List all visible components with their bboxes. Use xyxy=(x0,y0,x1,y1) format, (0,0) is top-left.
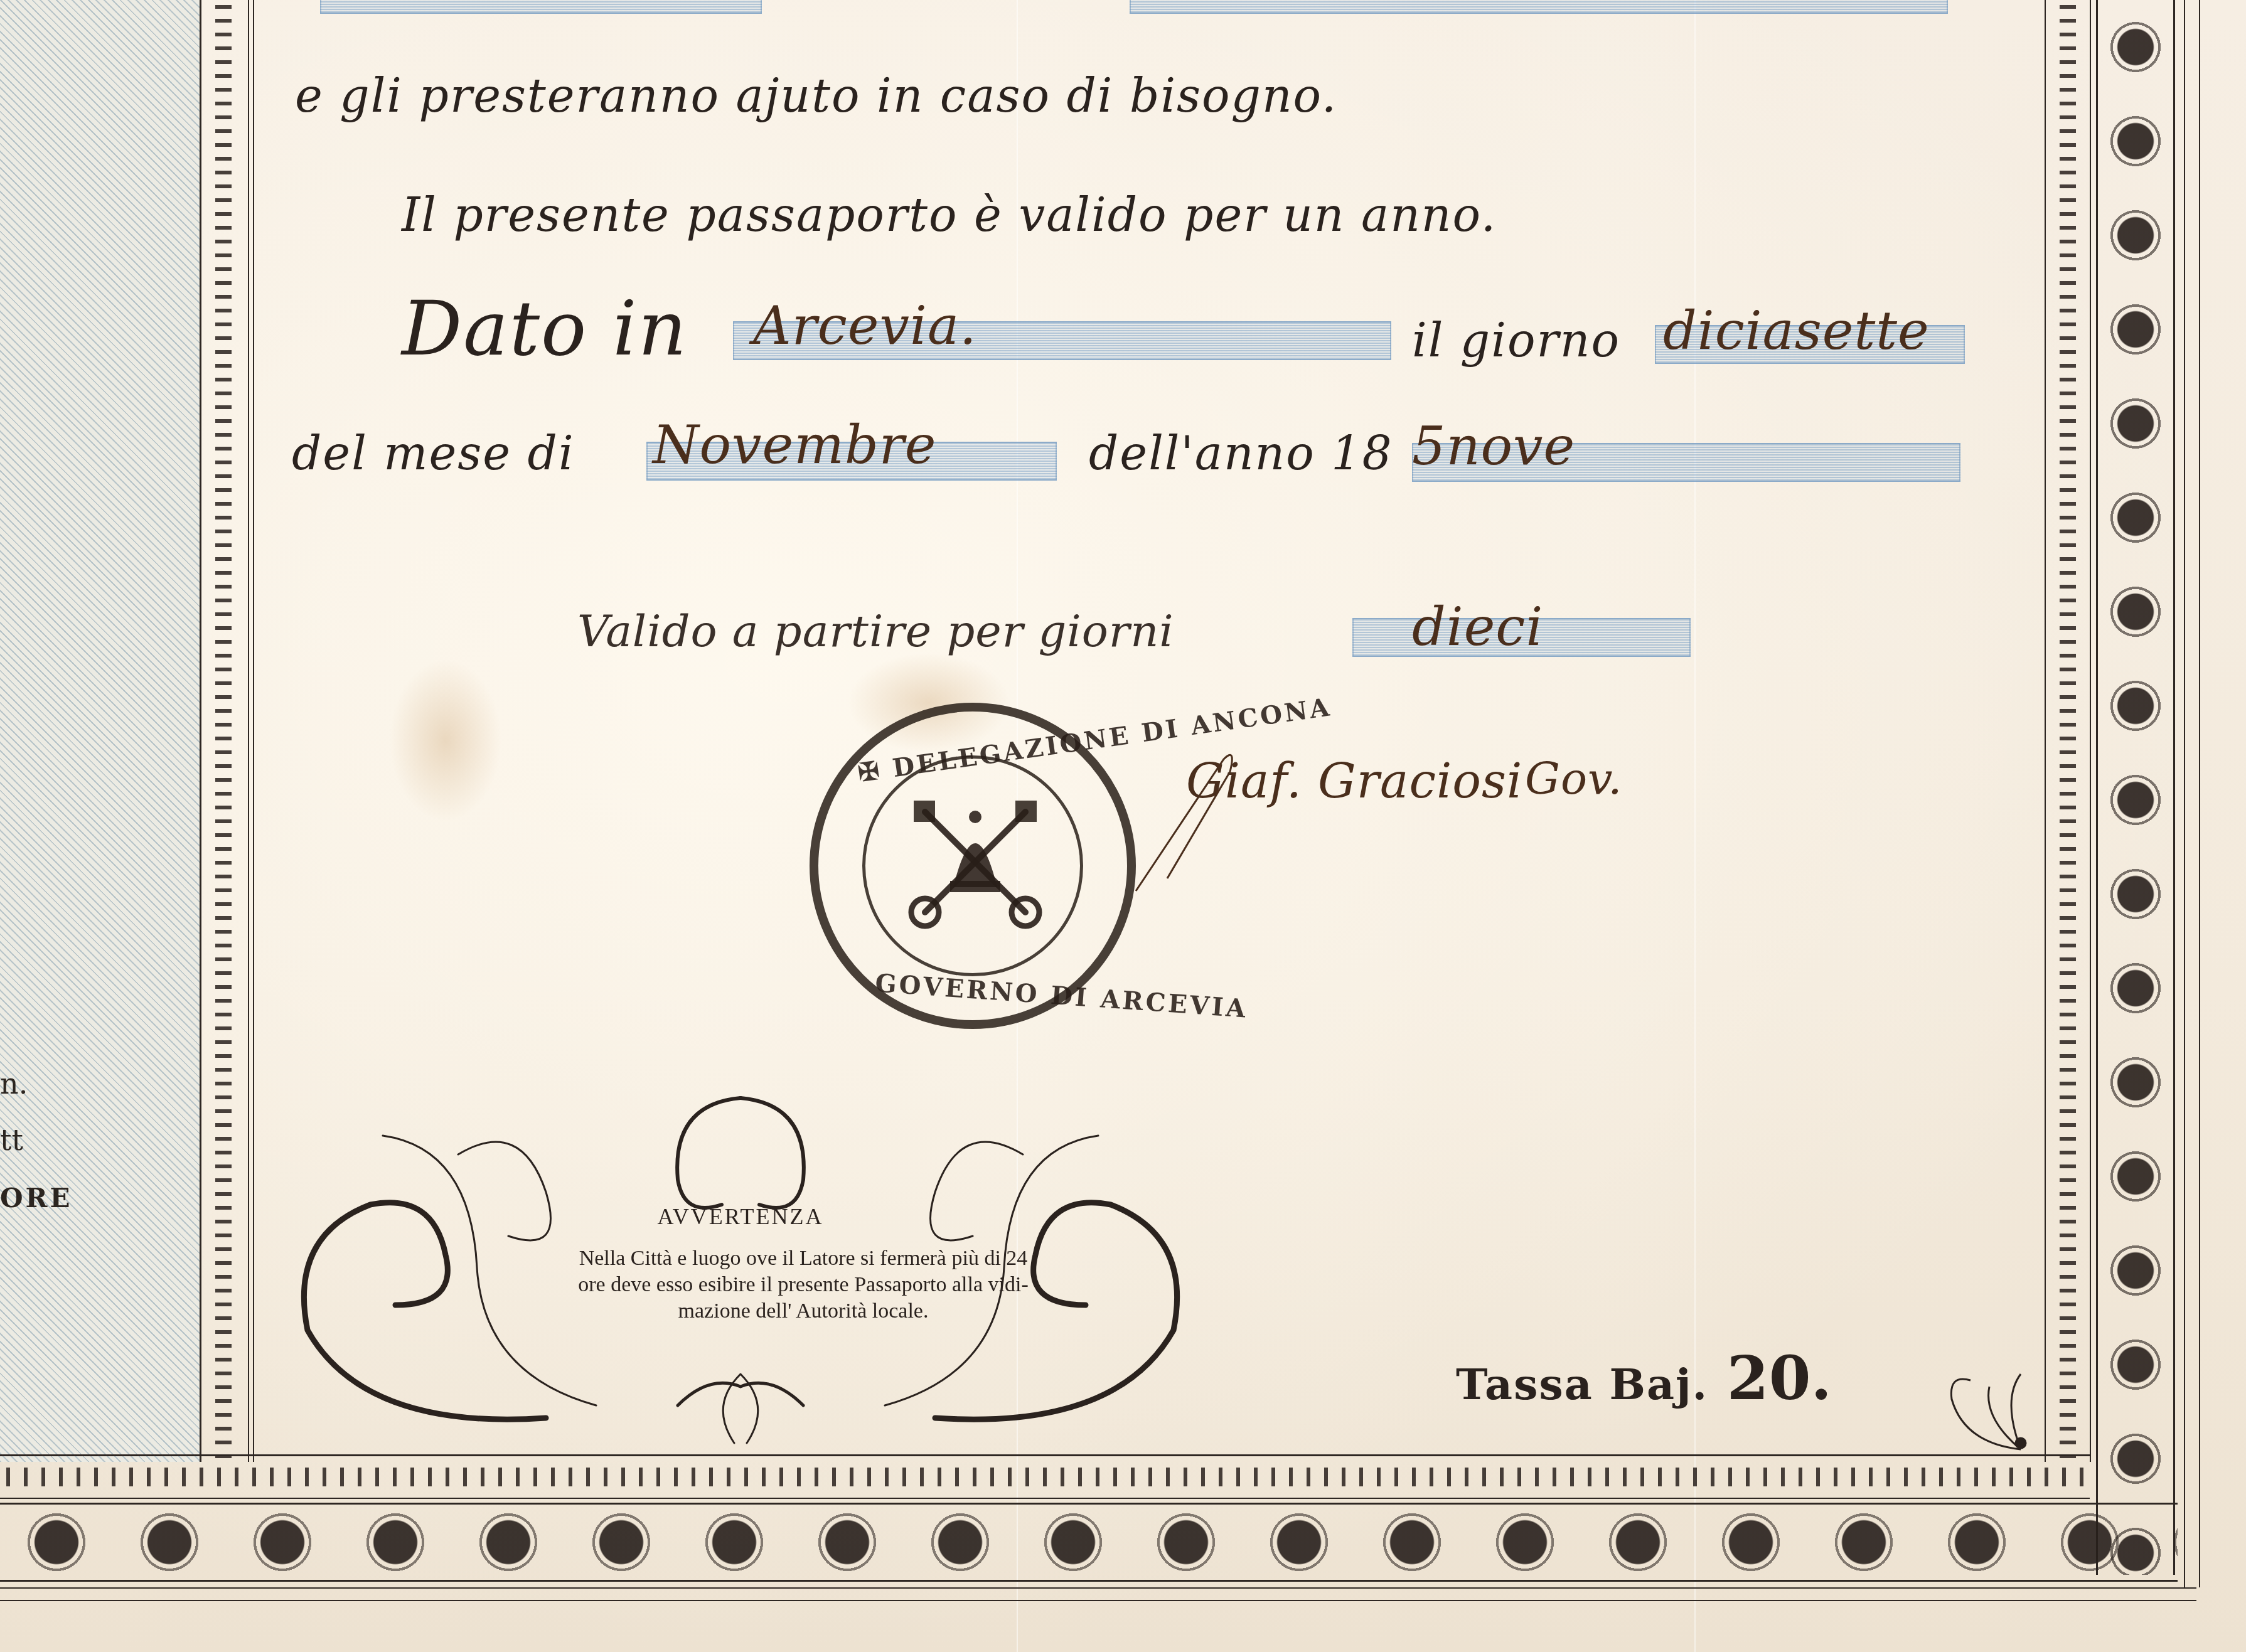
governor-signature: Giaf. Graciosi xyxy=(1186,753,1522,809)
passport-document: n. tt ORE e gli presteranno ajuto in cas… xyxy=(0,0,2246,1652)
place-handwritten: Arcevia. xyxy=(753,295,977,356)
stub-fragment: n. xyxy=(0,1067,28,1100)
day-handwritten: diciasette xyxy=(1663,300,1930,361)
field-remnant xyxy=(320,0,762,14)
tax-stamp-text: Tassa Baj. 20. xyxy=(1456,1343,1832,1414)
month-handwritten: Novembre xyxy=(653,414,937,476)
year-handwritten: 5nove xyxy=(1412,415,1575,477)
avvertenza-title: AVVERTENZA xyxy=(270,1203,1211,1230)
valid-days-handwritten: dieci xyxy=(1412,596,1543,658)
border-bottom-ornament-thick xyxy=(0,1503,2178,1582)
giorno-label: il giorno xyxy=(1412,314,1620,368)
avvertenza-line: mazione dell' Autorità locale. xyxy=(521,1298,1086,1324)
assistance-line: e gli presteranno ajuto in caso di bisog… xyxy=(295,69,1337,123)
dato-label: Dato in xyxy=(402,285,688,373)
governor-title: Gov. xyxy=(1525,753,1623,804)
border-right-ornament-thick xyxy=(2096,0,2175,1575)
passport-stub: n. tt ORE xyxy=(0,0,200,1462)
border-bottom-outer-rule xyxy=(0,1587,2196,1601)
avvertenza-line: ore deve esso esibire il presente Passap… xyxy=(521,1272,1086,1298)
papal-tiara-crossed-keys-icon xyxy=(900,787,1051,937)
corner-flourish-icon xyxy=(1927,1362,2040,1456)
tax-amount: 20. xyxy=(1727,1343,1832,1414)
valid-days-label: Valido a partire per giorni xyxy=(577,605,1174,657)
border-bottom-ornament-thin xyxy=(0,1454,2090,1499)
border-left-ornament xyxy=(200,0,254,1462)
validity-line: Il presente passaporto è valido per un a… xyxy=(402,188,1497,242)
month-label: del mese di xyxy=(292,427,575,481)
stub-fragment: ORE xyxy=(0,1183,73,1213)
stub-fragment: tt xyxy=(0,1123,23,1157)
avvertenza-line: Nella Città e luogo ove il Latore si fer… xyxy=(521,1245,1086,1272)
seal-text-bottom: GOVERNO DI ARCEVIA xyxy=(874,968,1249,1023)
border-right-outer-rule xyxy=(2184,0,2200,1587)
stain xyxy=(389,659,502,822)
border-right-ornament-thin xyxy=(2045,0,2091,1462)
field-remnant xyxy=(1130,0,1948,14)
official-seal: ✠ DELEGAZIONE DI ANCONA GOVERNO DI ARCEV… xyxy=(810,703,1136,1029)
year-label: dell'anno 18 xyxy=(1089,427,1393,481)
tax-label: Tassa Baj. xyxy=(1456,1360,1708,1410)
avvertenza-body: Nella Città e luogo ove il Latore si fer… xyxy=(521,1245,1086,1324)
